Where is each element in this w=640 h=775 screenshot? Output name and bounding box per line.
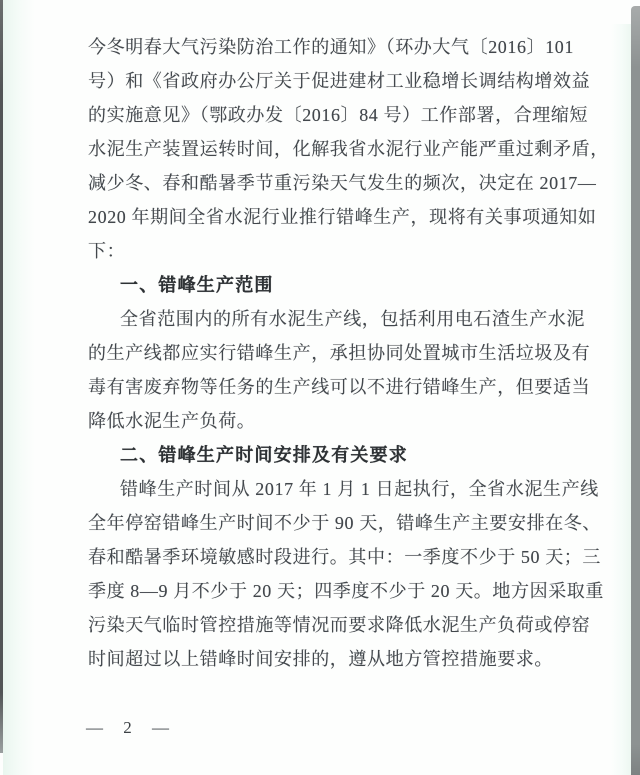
- page-right-edge-shadow: [631, 6, 640, 775]
- text-line: 春和酷暑季环境敏感时段进行。其中：一季度不少于 50 天；三: [88, 540, 566, 574]
- text-line: 错峰生产时间从 2017 年 1 月 1 日起执行，全省水泥生产线: [88, 472, 566, 506]
- page-right-edge-tint: [611, 24, 631, 775]
- text-line: 的生产线都应实行错峰生产，承担协同处置城市生活垃圾及有: [88, 336, 566, 370]
- text-line: 下：: [88, 234, 566, 268]
- text-line: 时间超过以上错峰时间安排的，遵从地方管控措施要求。: [88, 642, 566, 676]
- text-line: 水泥生产装置运转时间，化解我省水泥行业产能严重过剩矛盾，: [88, 132, 566, 166]
- page-number: — 2 —: [86, 716, 172, 740]
- text-line: 毒有害废弃物等任务的生产线可以不进行错峰生产，但要适当: [88, 370, 566, 404]
- text-line: 2020 年期间全省水泥行业推行错峰生产，现将有关事项通知如: [88, 200, 566, 234]
- page-left-edge-tint: [3, 0, 35, 775]
- text-line: 减少冬、春和酷暑季节重污染天气发生的频次，决定在 2017—: [88, 166, 566, 200]
- text-line: 降低水泥生产负荷。: [88, 404, 566, 438]
- text-line: 全省范围内的所有水泥生产线，包括利用电石渣生产水泥: [88, 302, 566, 336]
- text-line: 的实施意见》（鄂政办发〔2016〕84 号）工作部署，合理缩短: [88, 98, 566, 132]
- text-line: 全年停窑错峰生产时间不少于 90 天，错峰生产主要安排在冬、: [88, 506, 566, 540]
- section-heading-2: 二、错峰生产时间安排及有关要求: [88, 438, 566, 472]
- scanned-document-page: 今冬明春大气污染防治工作的通知》（环办大气〔2016〕101 号）和《省政府办公…: [0, 0, 640, 775]
- document-text-block: 今冬明春大气污染防治工作的通知》（环办大气〔2016〕101 号）和《省政府办公…: [88, 30, 566, 676]
- text-line: 污染天气临时管控措施等情况而要求降低水泥生产负荷或停窑: [88, 608, 566, 642]
- text-line: 今冬明春大气污染防治工作的通知》（环办大气〔2016〕101: [88, 30, 566, 64]
- text-line: 季度 8—9 月不少于 20 天；四季度不少于 20 天。地方因采取重: [88, 574, 566, 608]
- page-left-edge-shadow: [0, 0, 3, 753]
- text-line: 号）和《省政府办公厅关于促进建材工业稳增长调结构增效益: [88, 64, 566, 98]
- section-heading-1: 一、错峰生产范围: [88, 268, 566, 302]
